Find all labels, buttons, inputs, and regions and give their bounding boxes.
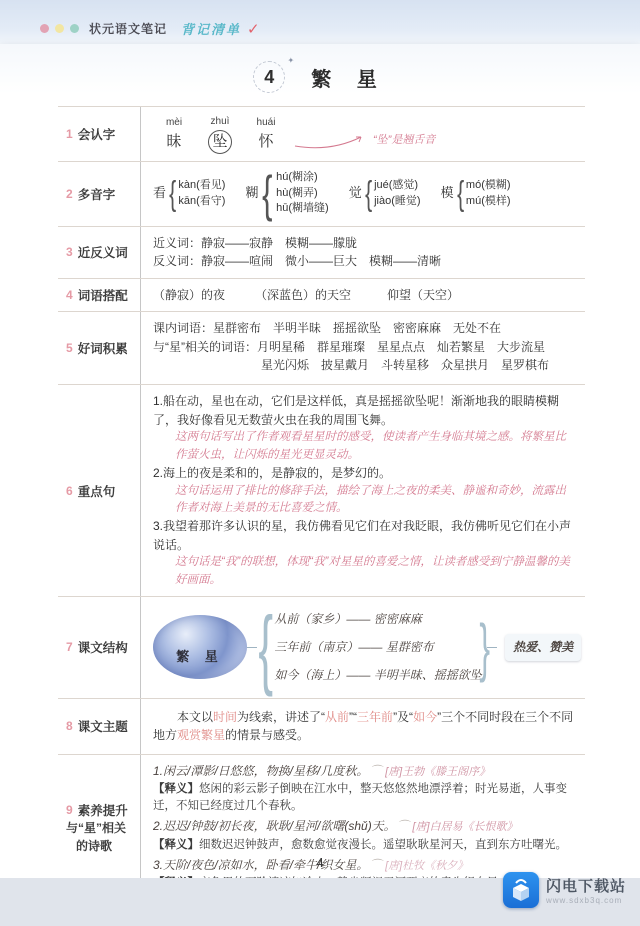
meaning-text: 悠闲的彩云影子倒映在江水中，整天悠悠然地漂浮着；时光易逝，人事变迁，不知已经度过… <box>153 783 567 812</box>
row3-content: 近义词：静寂——寂静 模糊——朦胧 反义词：静寂——喧闹 微小——巨大 模糊——… <box>140 227 585 278</box>
pink-dot-icon <box>40 24 49 33</box>
character: 怀 <box>258 130 273 153</box>
base-character: 看 <box>153 183 166 203</box>
char-block: mèi 昧 <box>153 115 195 154</box>
sentence-annotation: 这两句话写出了作者观看星星时的感受，使读者产生身临其境之感。将繁星比作萤火虫，让… <box>153 429 577 464</box>
row8-label: 课文主题 <box>78 717 128 735</box>
row1-number: 1 <box>66 127 73 141</box>
readings-list: kàn(看见) kān(看守) <box>178 178 225 210</box>
open-brace-icon: { <box>258 608 273 687</box>
swash-icon: ⌒ <box>399 819 409 833</box>
key-sentence: 2.海上的夜是柔和的，是静寂的，是梦幻的。 <box>153 464 577 483</box>
table-row-vocabulary: 5 好词积累 课内词语：星群密布 半明半昧 摇摇欲坠 密密麻麻 无处不在 与“星… <box>58 311 585 384</box>
theme-highlight: 三年前 <box>357 710 393 724</box>
synonyms-line: 近义词：静寂——寂静 模糊——朦胧 <box>153 234 577 253</box>
base-character: 觉 <box>349 183 362 203</box>
sentence-annotation: 这句话是“我”的联想，体现“我”对星星的喜爱之情，让读者感受到宁静温馨的美好画面… <box>153 554 577 589</box>
poem-line: 1.闲云/潭影/日悠悠，物换/星移/几度秋。 <box>153 764 368 778</box>
poem-item: 1.闲云/潭影/日悠悠，物换/星移/几度秋。 ⌒ [唐]王勃《滕王阁序》 【释义… <box>153 762 577 816</box>
row4-label-cell: 4 词语搭配 <box>58 279 140 312</box>
polyphonic-group: 模 { mó(模糊) mú(模样) <box>441 177 511 211</box>
row2-label-cell: 2 多音字 <box>58 162 140 226</box>
brand-title: 状元语文笔记 <box>89 20 167 37</box>
readings-list: mó(模糊) mú(模样) <box>466 178 511 210</box>
row8-number: 8 <box>66 719 73 733</box>
polyphonic-group: 糊 { hú(糊涂) hù(糊弄) hū(糊墙缝) <box>245 169 328 219</box>
row7-content: 繁 星 { 从前（家乡）—— 密密麻麻 三年前（南京）—— 星群密布 如今（海上… <box>140 597 585 698</box>
reading: mó(模糊) <box>466 178 511 194</box>
brand-row: 状元语文笔记 背记清单 ✓ <box>0 19 260 44</box>
watermark-text: 闪电下载站 www.sdxb3q.com <box>546 875 626 905</box>
theme-text: 为线索，讲述了“ <box>237 710 325 724</box>
poem-author: [唐]王勃《滕王阁序》 <box>385 766 490 778</box>
pronunciation-note: “坠”是翘舌音 <box>373 132 435 149</box>
table-row-key-sentences: 6 重点句 1.船在动，星也在动，它们是这样低，真是摇摇欲坠呢！渐渐地我的眼睛模… <box>58 384 585 595</box>
branch: 从前（家乡）—— 密密麻麻 <box>274 610 481 629</box>
close-brace-icon: } <box>479 615 490 679</box>
poem-meaning: 【释义】细数迟迟钟鼓声，愈数愈觉夜漫长。遥望耿耿星河天，直到东方吐曙光。 <box>153 837 577 854</box>
row9-label: 素养提升 <box>78 801 128 819</box>
poem-author: [唐]白居易《长恨歌》 <box>412 821 517 833</box>
table-row-recognize-chars: 1 会认字 mèi 昧 zhuì 坠 huái 怀 <box>58 106 585 161</box>
brace-icon: { <box>365 177 372 211</box>
vocab-line-in-text: 课内词语：星群密布 半明半昧 摇摇欲坠 密密麻麻 无处不在 <box>153 319 577 338</box>
row4-label: 词语搭配 <box>78 286 128 304</box>
row1-content: mèi 昧 zhuì 坠 huái 怀 <box>140 107 585 161</box>
readings-list: jué(感觉) jiào(睡觉) <box>374 178 420 210</box>
row7-label: 课文结构 <box>78 638 128 656</box>
row5-label: 好词积累 <box>78 339 128 357</box>
table-row-synonyms: 3 近反义词 近义词：静寂——寂静 模糊——朦胧 反义词：静寂——喧闹 微小——… <box>58 226 585 278</box>
reading: kàn(看见) <box>178 178 225 194</box>
structure-branches: 从前（家乡）—— 密密麻麻 三年前（南京）—— 星群密布 如今（海上）—— 半明… <box>274 608 481 686</box>
connector-line <box>247 647 257 648</box>
reading: hú(糊涂) <box>276 170 329 186</box>
row8-content: 本文以时间为线索，讲述了“从前”“三年前”及“如今”三个不同时段在三个不同地方观… <box>140 699 585 754</box>
row7-number: 7 <box>66 640 73 654</box>
vocab-line-star-words-2: 星光闪烁 披星戴月 斗转星移 众星拱月 星罗棋布 <box>153 356 577 375</box>
row3-number: 3 <box>66 245 73 259</box>
teal-dot-icon <box>70 24 79 33</box>
row1-label: 会认字 <box>78 125 116 143</box>
theme-highlight: 观赏繁星 <box>177 728 225 742</box>
cube-bag-icon <box>507 876 535 904</box>
curved-arrow-icon <box>293 132 371 150</box>
row9-label-line3: 的诗歌 <box>66 837 112 855</box>
row3-label-cell: 3 近反义词 <box>58 227 140 278</box>
theme-text: ”“ <box>349 710 357 724</box>
row2-label: 多音字 <box>78 185 116 203</box>
theme-paragraph: 本文以时间为线索，讲述了“从前”“三年前”及“如今”三个不同时段在三个不同地方观… <box>153 708 577 745</box>
reading: kān(看守) <box>178 194 225 210</box>
galaxy-bubble: 繁 星 <box>153 615 247 679</box>
theme-text: 的情景与感受。 <box>225 728 309 742</box>
circled-character: 坠 <box>208 130 232 154</box>
lesson-number-badge: 4 ✦ <box>253 61 285 93</box>
antonyms-line: 反义词：静寂——喧闹 微小——巨大 模糊——清晰 <box>153 252 577 271</box>
char-block: huái 怀 <box>245 115 287 154</box>
collocations-line: （静寂）的夜 （深蓝色）的天空 仰望（天空） <box>153 286 459 305</box>
row6-content: 1.船在动，星也在动，它们是这样低，真是摇摇欲坠呢！渐渐地我的眼睛模糊了，我好像… <box>140 385 585 595</box>
watermark: 闪电下载站 www.sdxb3q.com <box>503 872 626 908</box>
pinyin: zhuì <box>211 114 230 130</box>
row5-number: 5 <box>66 341 73 355</box>
branch: 如今（海上）—— 半明半昧、摇摇欲坠 <box>274 666 481 685</box>
poem-line: 2.迟迟/钟鼓/初长夜，耿耿/星河/欲曙(shǔ)天。 <box>153 819 396 833</box>
table-row-polyphonic: 2 多音字 看 { kàn(看见) kān(看守) 糊 { <box>58 161 585 226</box>
mind-map: 繁 星 { 从前（家乡）—— 密密麻麻 三年前（南京）—— 星群密布 如今（海上… <box>153 604 577 691</box>
row9-label-line2: 与“星”相关 <box>66 819 126 837</box>
branch: 三年前（南京）—— 星群密布 <box>274 638 481 657</box>
polyphonic-group: 觉 { jué(感觉) jiào(睡觉) <box>349 177 421 211</box>
brace-icon: { <box>169 177 176 211</box>
slogan-text: 背记清单 <box>181 19 241 38</box>
theme-highlight: 时间 <box>213 710 237 724</box>
table-row-collocations: 4 词语搭配 （静寂）的夜 （深蓝色）的天空 仰望（天空） <box>58 278 585 312</box>
reading: hù(糊弄) <box>276 186 329 202</box>
row7-label-cell: 7 课文结构 <box>58 597 140 698</box>
row5-label-cell: 5 好词积累 <box>58 312 140 384</box>
structure-conclusion: 热爱、赞美 <box>505 634 581 661</box>
top-band: 状元语文笔记 背记清单 ✓ <box>0 0 640 44</box>
row8-label-cell: 8 课文主题 <box>58 699 140 754</box>
poem-item: 2.迟迟/钟鼓/初长夜，耿耿/星河/欲曙(shǔ)天。 ⌒ [唐]白居易《长恨歌… <box>153 817 577 853</box>
annotation-arrow-note: “坠”是翘舌音 <box>293 132 435 150</box>
polyphonic-groups: 看 { kàn(看见) kān(看守) 糊 { hú(糊涂) hù(糊弄) <box>153 169 511 219</box>
key-sentence: 1.船在动，星也在动，它们是这样低，真是摇摇欲坠呢！渐渐地我的眼睛模糊了，我好像… <box>153 392 577 429</box>
readings-list: hú(糊涂) hù(糊弄) hū(糊墙缝) <box>276 170 329 218</box>
notes-table: 1 会认字 mèi 昧 zhuì 坠 huái 怀 <box>58 106 585 902</box>
row5-content: 课内词语：星群密布 半明半昧 摇摇欲坠 密密麻麻 无处不在 与“星”相关的词语：… <box>140 312 585 384</box>
poem-meaning: 【释义】悠闲的彩云影子倒映在江水中，整天悠悠然地漂浮着；时光易逝，人事变迁，不知… <box>153 781 577 816</box>
recognize-chars-row: mèi 昧 zhuì 坠 huái 怀 <box>153 114 577 154</box>
row2-content: 看 { kàn(看见) kān(看守) 糊 { hú(糊涂) hù(糊弄) <box>140 162 585 226</box>
theme-text: ”及“ <box>393 710 413 724</box>
page-title: 繁 星 <box>311 63 387 92</box>
row6-label: 重点句 <box>78 482 116 500</box>
page-number: 4 <box>0 855 640 870</box>
lesson-title-bar: 4 ✦ 繁 星 <box>0 44 640 106</box>
base-character: 模 <box>441 183 454 203</box>
meaning-text: 细数迟迟钟鼓声，愈数愈觉夜漫长。遥望耿耿星河天，直到东方吐曙光。 <box>199 839 567 851</box>
yellow-dot-icon <box>55 24 64 33</box>
footer-strip: 闪电下载站 www.sdxb3q.com <box>0 878 640 926</box>
row4-number: 4 <box>66 288 73 302</box>
brace-icon: { <box>457 177 464 211</box>
sentence-annotation: 这句话运用了排比的修辞手法，描绘了海上之夜的柔美、静谧和奇妙，流露出作者对海上美… <box>153 483 577 518</box>
polyphonic-group: 看 { kàn(看见) kān(看守) <box>153 177 225 211</box>
base-character: 糊 <box>245 183 258 203</box>
character: 昧 <box>166 130 181 153</box>
meaning-tag: 【释义】 <box>153 783 199 795</box>
lesson-number: 4 <box>264 67 274 88</box>
reading: hū(糊墙缝) <box>276 201 329 217</box>
row3-label: 近反义词 <box>78 243 128 261</box>
bubble-title: 繁 星 <box>176 647 224 679</box>
row2-number: 2 <box>66 187 73 201</box>
reading: jiào(睡觉) <box>374 194 420 210</box>
notebook-page: 4 ✦ 繁 星 1 会认字 mèi 昧 zhuì 坠 <box>0 44 640 878</box>
row1-label-cell: 1 会认字 <box>58 107 140 161</box>
row6-label-cell: 6 重点句 <box>58 385 140 595</box>
swash-icon: ⌒ <box>372 764 382 778</box>
theme-highlight: 从前 <box>325 710 349 724</box>
meaning-tag: 【释义】 <box>153 839 199 851</box>
row6-number: 6 <box>66 484 73 498</box>
table-row-structure: 7 课文结构 繁 星 { 从前（家乡）—— 密密麻麻 三年前（南京）—— 星群密… <box>58 596 585 698</box>
sparkle-icon: ✦ <box>288 56 295 65</box>
theme-text: 本文以 <box>153 710 213 724</box>
watermark-name: 闪电下载站 <box>546 875 626 896</box>
char-block: zhuì 坠 <box>199 114 241 154</box>
row4-content: （静寂）的夜 （深蓝色）的天空 仰望（天空） <box>140 279 585 312</box>
pinyin: huái <box>257 115 276 131</box>
row9-number: 9 <box>66 803 73 817</box>
key-sentence: 3.我望着那许多认识的星，我仿佛看见它们在对我眨眼，我仿佛听见它们在小声说话。 <box>153 517 577 554</box>
pinyin: mèi <box>166 115 182 131</box>
brace-icon: { <box>263 169 273 219</box>
reading: jué(感觉) <box>374 178 420 194</box>
reading: mú(模样) <box>466 194 511 210</box>
checkmark-icon: ✓ <box>247 20 260 38</box>
theme-highlight: 如今 <box>413 710 437 724</box>
vocab-line-star-words: 与“星”相关的词语：月明星稀 群星璀璨 星星点点 灿若繁星 大步流星 <box>153 338 577 357</box>
watermark-url: www.sdxb3q.com <box>546 896 626 905</box>
download-app-icon <box>503 872 539 908</box>
table-row-theme: 8 课文主题 本文以时间为线索，讲述了“从前”“三年前”及“如今”三个不同时段在… <box>58 698 585 754</box>
